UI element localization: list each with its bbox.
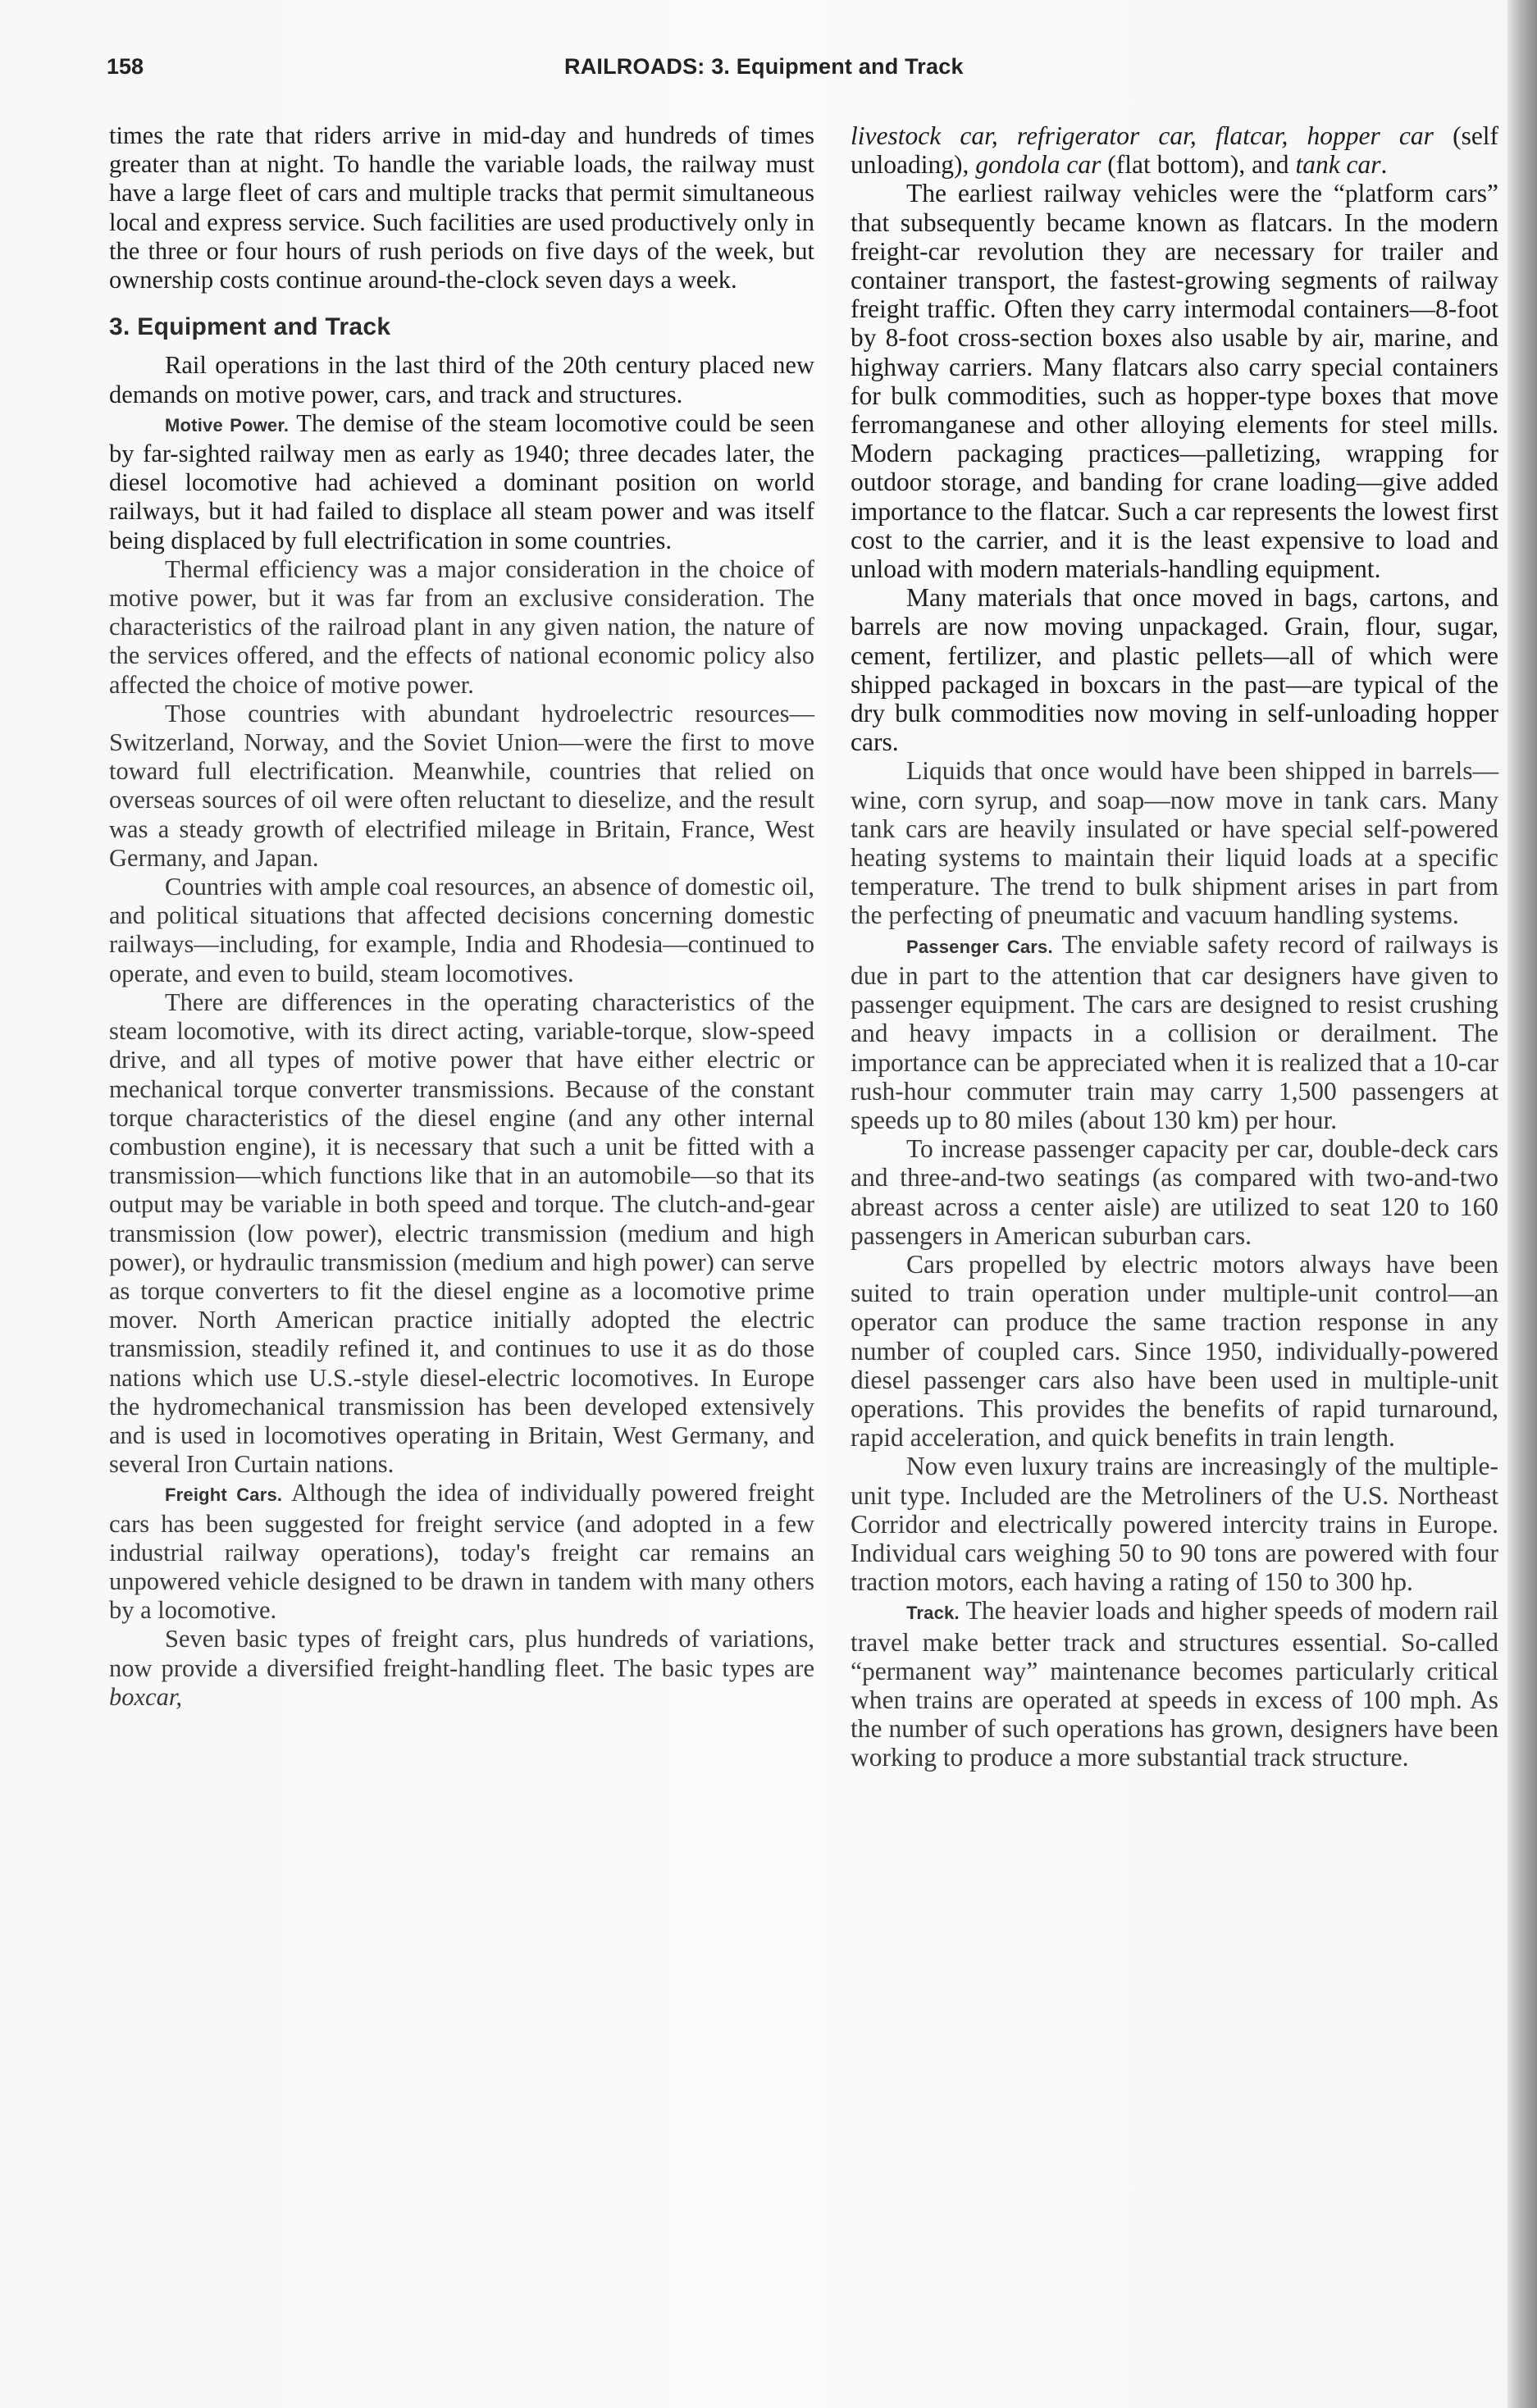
paragraph-capacity: To increase passenger capacity per car, … [851,1134,1498,1250]
run-in-heading-passenger-cars: Passenger Cars. [906,937,1053,957]
term-boxcar: boxcar, [109,1683,182,1711]
paragraph-liquids: Liquids that once would have been shippe… [851,756,1498,929]
paragraph-car-types: livestock car, refrigerator car, flatcar… [851,121,1498,179]
running-head: 158 RAILROADS: 3. Equipment and Track [107,54,1074,87]
run-in-heading-motive-power: Motive Power. [165,415,289,436]
paragraph-track: Track. The heavier loads and higher spee… [851,1596,1498,1772]
period: . [1381,150,1388,179]
paragraph-motive-power: Motive Power. The demise of the steam lo… [109,409,814,555]
paragraph-earliest-vehicles: The earliest railway vehicles were the “… [851,179,1498,583]
paragraph-thermal-efficiency: Thermal efficiency was a major considera… [109,555,814,700]
book-gutter-shadow [1507,0,1537,2408]
paragraph-hydroelectric: Those countries with abundant hydroelect… [109,700,814,873]
left-column: times the rate that riders arrive in mid… [109,121,814,1712]
term-livestock-car: livestock car, [851,121,998,150]
paragraph-operating-differences: There are differences in the operating c… [109,988,814,1479]
run-in-heading-freight-cars: Freight Cars. [165,1484,282,1505]
run-in-heading-track: Track. [906,1603,960,1623]
right-column: livestock car, refrigerator car, flatcar… [851,121,1498,1772]
term-hopper-car: hopper car [1307,121,1434,150]
paragraph-freight-cars: Freight Cars. Although the idea of indiv… [109,1479,814,1625]
term-gondola-car: gondola car [975,150,1101,179]
paragraph-electric-motors: Cars propelled by electric motors always… [851,1250,1498,1452]
page-number: 158 [107,54,144,80]
paragraph-luxury-trains: Now even luxury trains are increasingly … [851,1452,1498,1596]
note-flat-bottom: (flat bottom), and [1107,150,1288,179]
paragraph-materials: Many materials that once moved in bags, … [851,583,1498,756]
term-tank-car: tank car [1295,150,1380,179]
seven-types-text: Seven basic types of freight cars, plus … [109,1625,814,1681]
running-title: RAILROADS: 3. Equipment and Track [564,54,964,80]
passenger-cars-text: The enviable safety record of railways i… [851,930,1498,1134]
term-refrigerator-car: refrigerator car, [1017,121,1197,150]
paragraph-rail-operations: Rail operations in the last third of the… [109,351,814,408]
paragraph-seven-types: Seven basic types of freight cars, plus … [109,1625,814,1712]
paragraph-coal: Countries with ample coal resources, an … [109,873,814,988]
paragraph-intro: times the rate that riders arrive in mid… [109,121,814,294]
section-heading: 3. Equipment and Track [109,312,814,341]
term-flatcar: flatcar, [1215,121,1288,150]
paragraph-passenger-cars: Passenger Cars. The enviable safety reco… [851,930,1498,1134]
